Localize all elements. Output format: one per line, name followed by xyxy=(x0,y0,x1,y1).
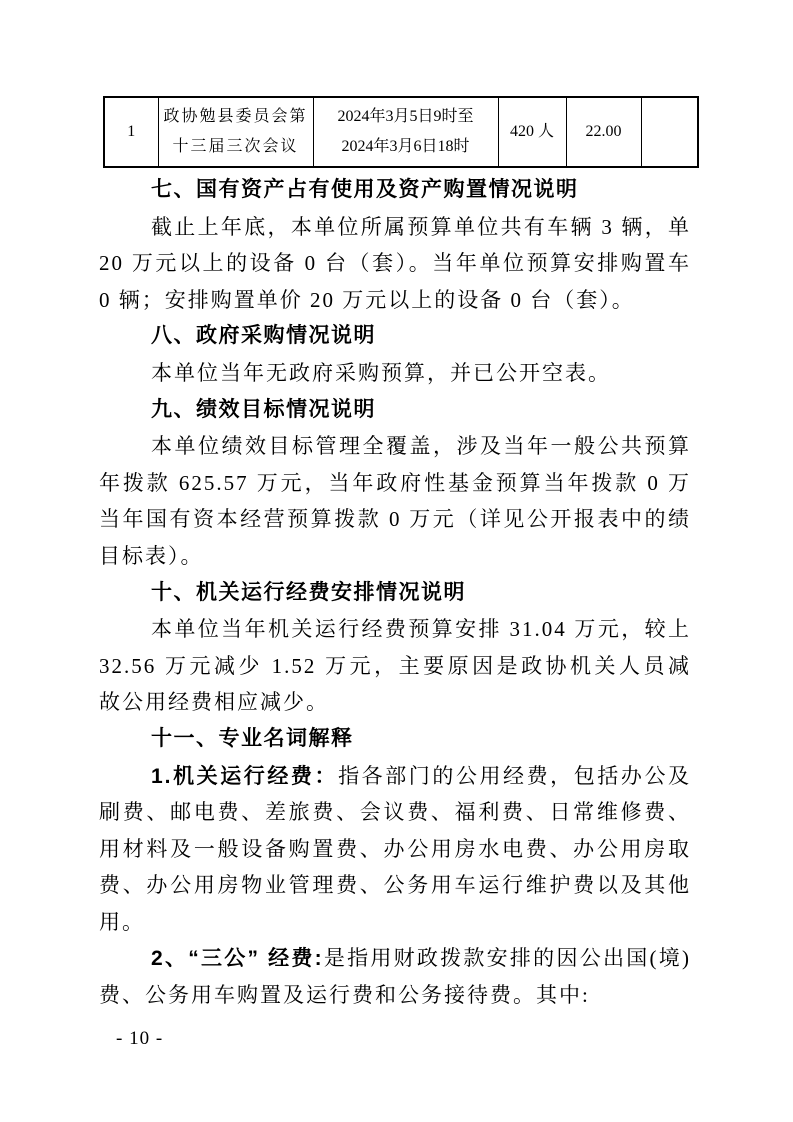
term-2-label: 2、“三公” 经费: xyxy=(151,947,324,970)
section-10-heading: 十、机关运行经费安排情况说明 xyxy=(99,575,691,612)
paragraph-line: 本单位当年无政府采购预算，并已公开空表。 xyxy=(99,355,691,392)
term-2-text: 是指用财政拨款安排的因公出国(境) xyxy=(324,946,691,970)
cell-meeting-time: 2024年3月5日9时至 2024年3月6日18时 xyxy=(313,97,498,167)
term-2-first-line: 2、“三公” 经费:是指用财政拨款安排的因公出国(境) xyxy=(99,940,691,977)
meeting-time-line-2: 2024年3月6日18时 xyxy=(316,132,496,162)
paragraph-line: 用。 xyxy=(99,904,691,941)
paragraph-line: 本单位绩效目标管理全覆盖，涉及当年一般公共预算当 xyxy=(99,428,691,465)
document-body: 七、国有资产占有使用及资产购置情况说明 截止上年底，本单位所属预算单位共有车辆 … xyxy=(99,172,691,1014)
paragraph-line: 20 万元以上的设备 0 台（套）。当年单位预算安排购置车辆 xyxy=(99,245,691,282)
paragraph-line: 当年国有资本经营预算拨款 0 万元（详见公开报表中的绩效 xyxy=(99,501,691,538)
cell-meeting-name: 政协勉县委员会第十三届三次会议 xyxy=(158,97,313,167)
table-row: 1 政协勉县委员会第十三届三次会议 2024年3月5日9时至 2024年3月6日… xyxy=(104,97,698,167)
section-7-heading: 七、国有资产占有使用及资产购置情况说明 xyxy=(99,172,691,209)
paragraph-line: 费、办公用房物业管理费、公务用车运行维护费以及其他费 xyxy=(99,867,691,904)
cell-row-index: 1 xyxy=(104,97,158,167)
term-1-first-line: 1.机关运行经费：指各部门的公用经费，包括办公及印 xyxy=(99,758,691,795)
cell-attendees: 420 人 xyxy=(498,97,566,167)
term-1-label: 1.机关运行经费： xyxy=(151,765,338,788)
section-11-heading: 十一、专业名词解释 xyxy=(99,721,691,758)
meeting-time-line-1: 2024年3月5日9时至 xyxy=(316,102,496,132)
section-8-heading: 八、政府采购情况说明 xyxy=(99,318,691,355)
paragraph-line: 0 辆；安排购置单价 20 万元以上的设备 0 台（套）。 xyxy=(99,282,691,319)
cell-amount: 22.00 xyxy=(566,97,641,167)
paragraph-line: 截止上年底，本单位所属预算单位共有车辆 3 辆，单价 xyxy=(99,209,691,246)
paragraph-line: 费、公务用车购置及运行费和公务接待费。其中: xyxy=(99,977,691,1014)
document-page: 1 政协勉县委员会第十三届三次会议 2024年3月5日9时至 2024年3月6日… xyxy=(0,0,793,1122)
paragraph-line: 本单位当年机关运行经费预算安排 31.04 万元，较上年 xyxy=(99,611,691,648)
paragraph-line: 32.56 万元减少 1.52 万元，主要原因是政协机关人员减少， xyxy=(99,648,691,685)
paragraph-line: 年拨款 625.57 万元，当年政府性基金预算当年拨款 0 万元， xyxy=(99,465,691,502)
paragraph-line: 刷费、邮电费、差旅费、会议费、福利费、日常维修费、专 xyxy=(99,794,691,831)
paragraph-line: 目标表）。 xyxy=(99,538,691,575)
meeting-table: 1 政协勉县委员会第十三届三次会议 2024年3月5日9时至 2024年3月6日… xyxy=(103,96,699,168)
page-number: - 10 - xyxy=(116,1028,163,1050)
paragraph-line: 故公用经费相应减少。 xyxy=(99,684,691,721)
cell-note xyxy=(641,97,698,167)
section-9-heading: 九、绩效目标情况说明 xyxy=(99,392,691,429)
paragraph-line: 用材料及一般设备购置费、办公用房水电费、办公用房取暖 xyxy=(99,831,691,868)
